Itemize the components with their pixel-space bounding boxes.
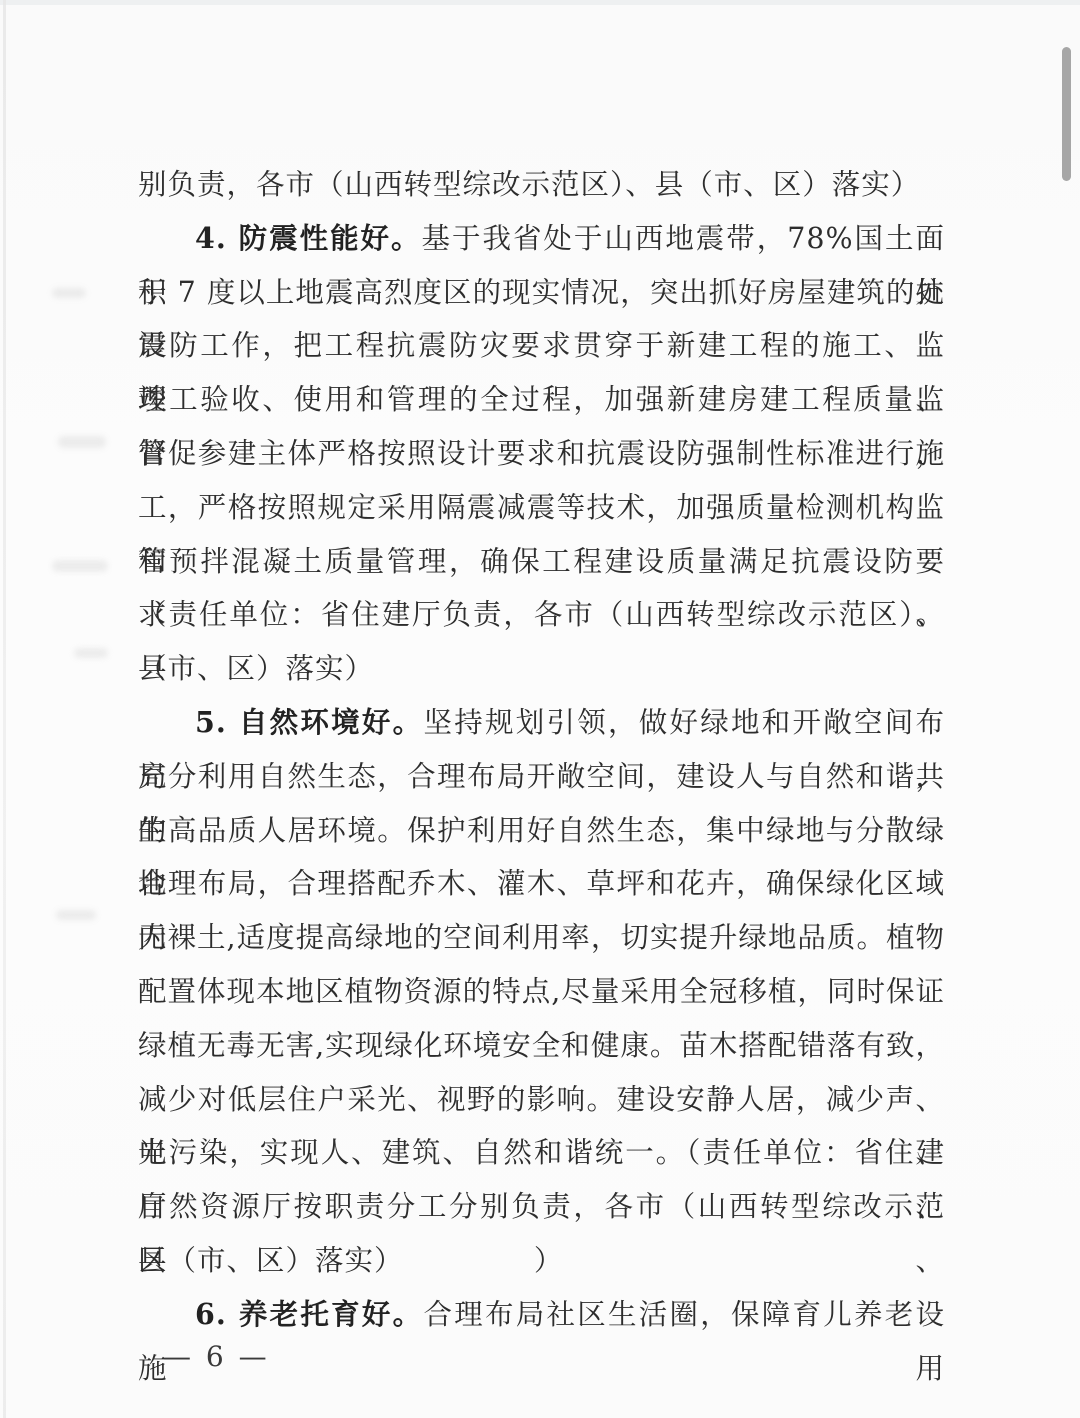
text-line: 无裸土,适度提高绿地的空间利用率，切实提升绿地品质。植物 [138, 911, 945, 965]
text-line: 竣工验收、使用和管理的全过程，加强新建房建工程质量监管， [138, 373, 945, 427]
text-line: 工，严格按照规定采用隔震减震等技术，加强质量检测机构监管 [138, 481, 945, 535]
text-line: 6. 养老托育好。合理布局社区生活圈，保障育儿养老设施用 [138, 1288, 945, 1342]
text-line: 设防工作，把工程抗震防灾要求贯穿于新建工程的施工、监理、 [138, 319, 945, 373]
document-page: 别负责，各市（山西转型综改示范区）、县（市、区）落实） 4. 防震性能好。基于我… [138, 158, 945, 1342]
scan-smudge [52, 288, 86, 298]
text-line: 自然资源厅按职责分工分别负责，各市（山西转型综改示范区）、 [138, 1180, 945, 1234]
text-line: 绿植无毒无害,实现绿化环境安全和健康。苗木搭配错落有致， [138, 1019, 945, 1073]
text-line: 别负责，各市（山西转型综改示范区）、县（市、区）落实） [138, 158, 945, 212]
text-line: 和预拌混凝土质量管理，确保工程建设质量满足抗震设防要求。 [138, 535, 945, 589]
text-line: 4. 防震性能好。基于我省处于山西地震带，78%国土面积处 [138, 212, 945, 266]
text-line: （责任单位：省住建厅负责，各市（山西转型综改示范区）、县 [138, 588, 945, 642]
scan-smudge [58, 436, 106, 448]
text-line: 减少对低层住户采光、视野的影响。建设安静人居，减少声、光、 [138, 1073, 945, 1127]
scan-smudge [52, 560, 108, 572]
text-line: 督促参建主体严格按照设计要求和抗震设防强制性标准进行施 [138, 427, 945, 481]
text-line: 配置体现本地区植物资源的特点,尽量采用全冠移植，同时保证 [138, 965, 945, 1019]
section-heading-5: 5. 自然环境好。 [195, 705, 423, 739]
scan-smudge [56, 910, 96, 920]
text-line: （市、区）落实） [138, 642, 945, 696]
scan-top-edge [0, 0, 1080, 5]
scan-left-edge [3, 0, 6, 1418]
text-line: 充分利用自然生态，合理布局开敞空间，建设人与自然和谐共生 [138, 750, 945, 804]
scan-smudge [74, 648, 108, 658]
text-line: 5. 自然环境好。坚持规划引领，做好绿地和开敞空间布局， [138, 696, 945, 750]
text-line: 电污染，实现人、建筑、自然和谐统一。（责任单位：省住建厅、 [138, 1126, 945, 1180]
text-line: 合理布局，合理搭配乔木、灌木、草坪和花卉，确保绿化区域内 [138, 857, 945, 911]
section-heading-6: 6. 养老托育好。 [195, 1297, 423, 1331]
text-line: 于 7 度以上地震高烈度区的现实情况，突出抓好房屋建筑的抗震 [138, 266, 945, 320]
scrollbar-thumb[interactable] [1062, 47, 1071, 181]
text-line: 的高品质人居环境。保护利用好自然生态，集中绿地与分散绿地 [138, 804, 945, 858]
page-number: — 6 — [163, 1342, 270, 1372]
section-heading-4: 4. 防震性能好。 [195, 221, 422, 255]
